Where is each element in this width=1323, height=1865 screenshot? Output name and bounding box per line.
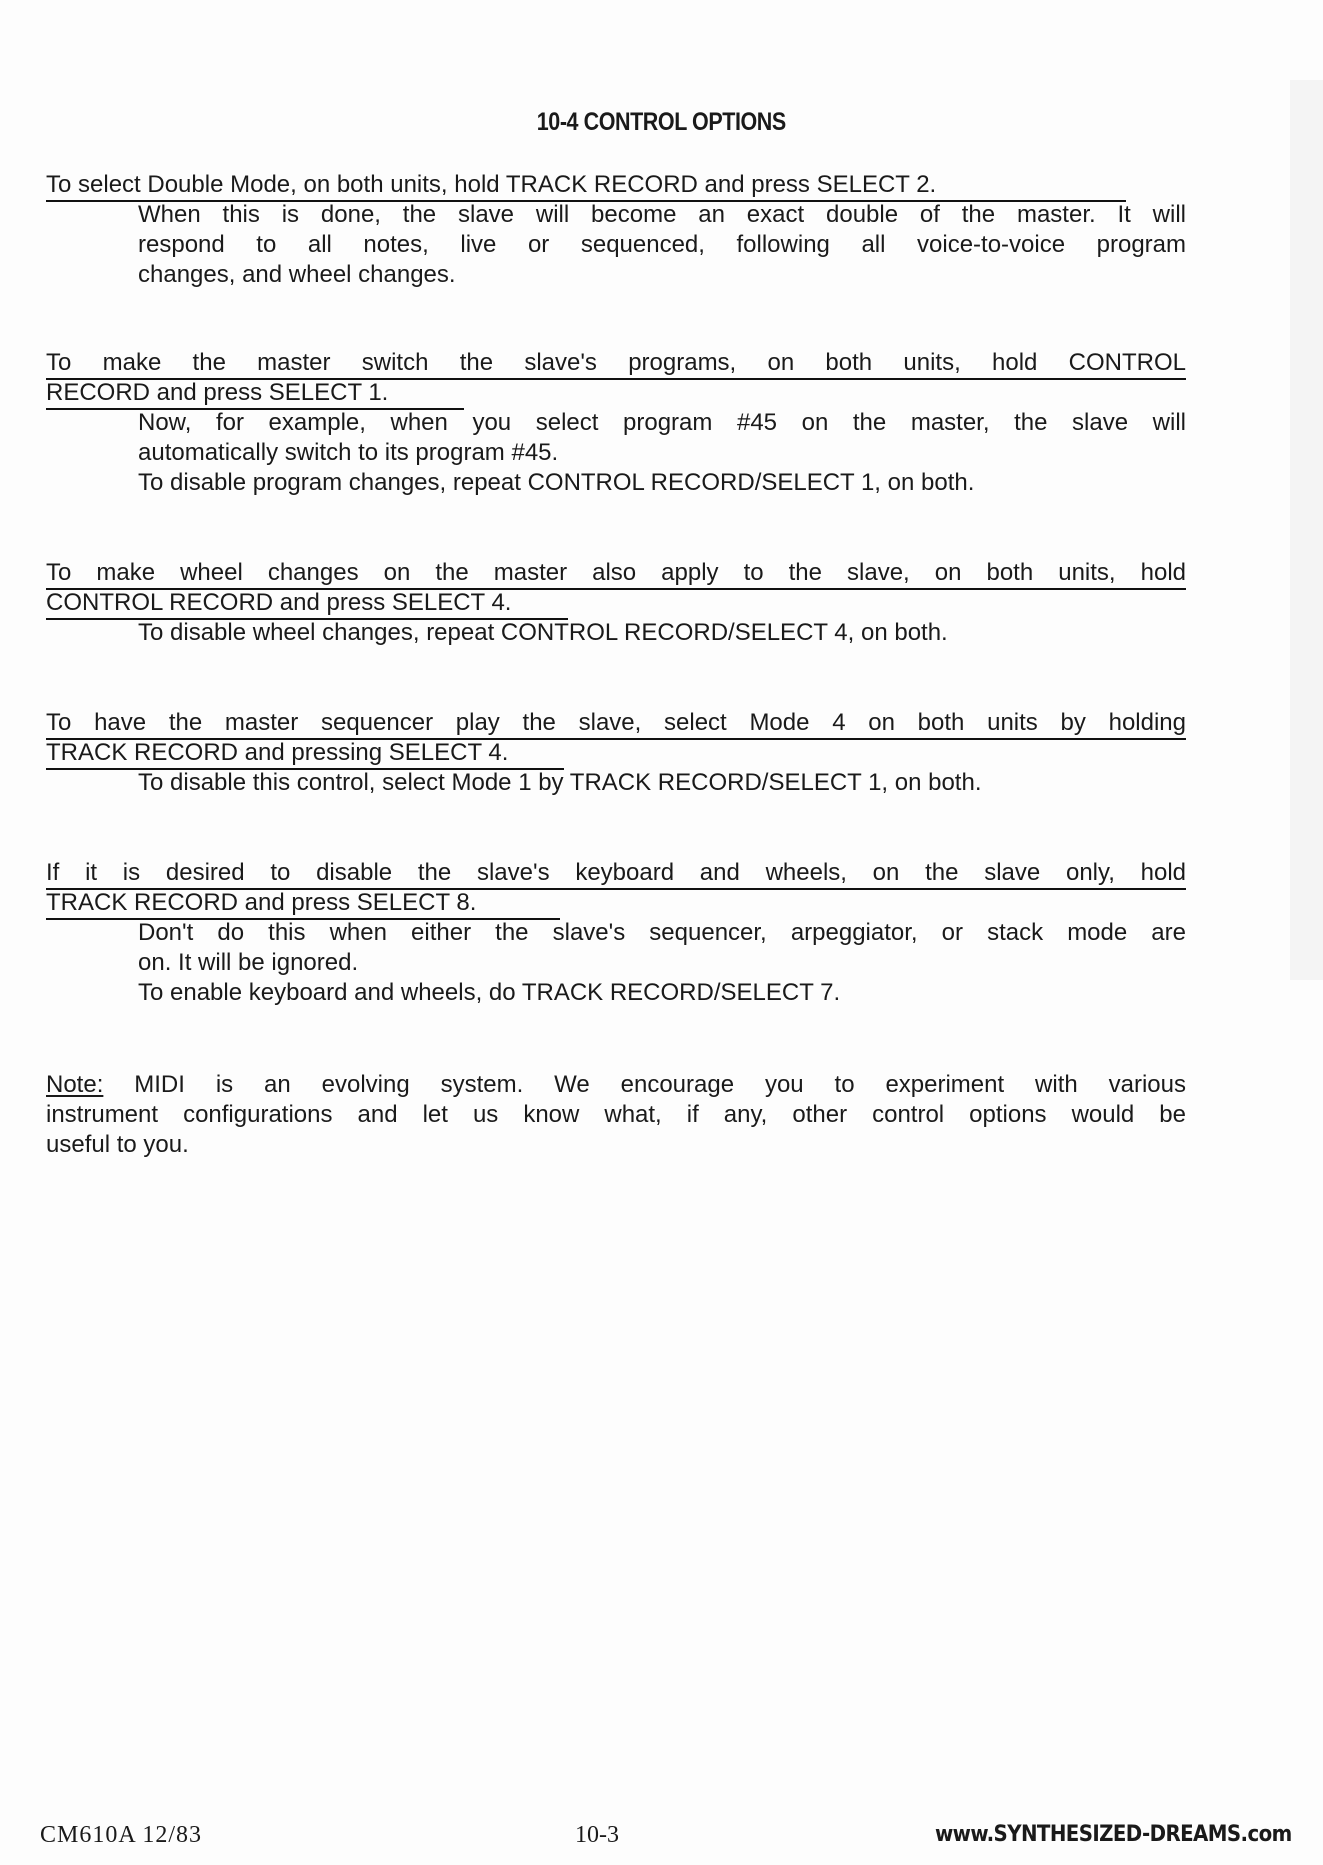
section-body-line: To disable program changes, repeat CONTR…	[138, 468, 974, 498]
section-heading-line: If it is desired to disable the slave's …	[46, 858, 1186, 890]
section-heading-line: To select Double Mode, on both units, ho…	[46, 170, 1126, 202]
section-heading-line: RECORD and press SELECT 1.	[46, 378, 464, 410]
footer-doc-code: CM610A 12/83	[40, 1820, 202, 1850]
section-body-line: automatically switch to its program #45.	[138, 438, 558, 468]
section-heading-line: CONTROL RECORD and press SELECT 4.	[46, 588, 568, 620]
note-line: Note: MIDI is an evolving system. We enc…	[46, 1070, 1186, 1100]
section-body-line: on. It will be ignored.	[138, 948, 358, 978]
scan-edge-shadow	[1290, 80, 1323, 980]
section-heading-line: TRACK RECORD and pressing SELECT 4.	[46, 738, 564, 770]
section-body-line: changes, and wheel changes.	[138, 260, 456, 290]
section-body-line: Now, for example, when you select progra…	[138, 408, 1186, 438]
note-text: MIDI is an evolving system. We encourage…	[103, 1071, 1186, 1098]
section-body-line: When this is done, the slave will become…	[138, 200, 1186, 230]
section-body-line: To enable keyboard and wheels, do TRACK …	[138, 978, 840, 1008]
section-body-line: To disable this control, select Mode 1 b…	[138, 768, 982, 798]
note-line: useful to you.	[46, 1130, 189, 1160]
footer-page-number: 10-3	[575, 1820, 619, 1850]
footer-website: www.SYNTHESIZED-DREAMS.com	[935, 1820, 1292, 1850]
section-body-line: To disable wheel changes, repeat CONTROL…	[138, 618, 948, 648]
note-line: instrument configurations and let us kno…	[46, 1100, 1186, 1130]
section-heading-line: To make wheel changes on the master also…	[46, 558, 1186, 590]
section-body-line: Don't do this when either the slave's se…	[138, 918, 1186, 948]
manual-page: 10-4 CONTROL OPTIONS To select Double Mo…	[0, 0, 1323, 1865]
section-body-line: respond to all notes, live or sequenced,…	[138, 230, 1186, 260]
section-heading-line: TRACK RECORD and press SELECT 8.	[46, 888, 560, 920]
section-heading-line: To have the master sequencer play the sl…	[46, 708, 1186, 740]
section-heading-line: To make the master switch the slave's pr…	[46, 348, 1186, 380]
section-title: 10-4 CONTROL OPTIONS	[92, 108, 1230, 137]
note-label: Note:	[46, 1071, 103, 1098]
